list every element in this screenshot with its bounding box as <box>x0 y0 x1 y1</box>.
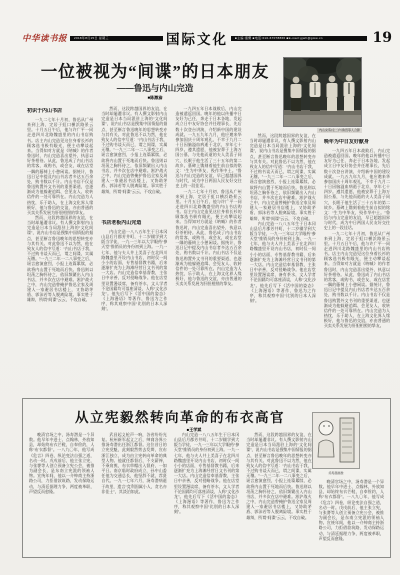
main-article-subtitle: ——鲁迅与内山完造 <box>30 82 280 94</box>
section-title: 国际文化 <box>166 28 228 48</box>
page-number: 19 <box>373 30 392 46</box>
body-text: 然而，这段跨越国界的友谊，在当时却屡遭非议。有人撰文影射内山完造是日本当局派驻上… <box>27 215 93 303</box>
main-subhead-3: 晚年为中日友好献身 <box>324 139 390 146</box>
body-text: 然而，这段跨越国界的友谊，在当时却屡遭非议。有人撰文影射内山完造是日本当局派驻上… <box>246 432 311 520</box>
body-text: 武昌起义枪声一响，各省纷纷光复。杭州新军起义之后，绅商各界公推汤寿潜出任浙江都督… <box>101 432 166 494</box>
masthead-editor-text: ■主编:康慨 ■电话:010-67078866 ■E-mail:gjwh@gmw… <box>231 36 323 40</box>
bottom-article-body: 晚清官场之中，汤寿潜是一个异数。他早年中进士、点翰林，外放知县，却始终布衣芒鞋，… <box>29 432 384 552</box>
body-text: 一九四五年日本战败后，内山完造被遣返回国。晚年的他以传播中日友好为己任，奔走于日… <box>324 148 390 231</box>
body-text: 内山完造一八八五年生于日本冈山县后月郡芳井町，十二岁辍学到大阪当学徒，一九一三年… <box>101 229 167 312</box>
body-text: 一九二七年十月初，鲁迅从广州来到上海，定居于虹口横浜路景云里。十月五日午后，他与… <box>175 189 241 287</box>
paper-name-logo: 中华读书报 <box>22 32 67 44</box>
main-column-2: 然而，这段跨越国界的友谊，在当时却屡遭非议。有人撰文影射内山完造是日本当局派驻上… <box>101 106 167 392</box>
bottom-article-box: 从立宪毅然转向革命的布衣高官 ■王学斌 汤寿潜画像 晚清官场之中，汤寿潜是一 <box>22 398 391 558</box>
main-article-body: 初识于内山书店 一九二七年十月初，鲁迅从广州来到上海，定居于虹口横浜路景云里。十… <box>27 106 390 392</box>
masthead-left-bar: 2018年8月15日 星期三 <box>70 36 163 41</box>
newspaper-page: 中华读书报 2018年8月15日 星期三 国际文化 ■主编:康慨 ■电话:010… <box>0 0 400 575</box>
body-text: 内山完造一八八五年生于日本冈山县后月郡芳井町，十二岁辍学到大阪当学徒，一九一三年… <box>250 221 316 304</box>
body-text: 晚清官场之中，汤寿潜是一个异数。他早年中进士、点翰林，外放知县，却始终布衣芒鞋，… <box>319 479 384 541</box>
main-article-title: 一位被视为“间谍”的日本朋友 <box>30 58 280 82</box>
masthead-right-bar: ■主编:康慨 ■电话:010-67078866 ■E-mail:gjwh@gmw… <box>231 36 367 41</box>
main-column-4: 然而，这段跨越国界的友谊，在当时却屡遭非议。有人撰文影射内山完造是日本当局派驻上… <box>250 106 316 392</box>
masthead-date-text: 2018年8月15日 星期三 <box>70 36 109 40</box>
bottom-column-4: 然而，这段跨越国界的友谊，在当时却屡遭非议。有人撰文影射内山完造是日本当局派驻上… <box>246 432 311 552</box>
body-text: 内山完造一八八五年生于日本冈山县后月郡芳井町，十二岁辍学到大阪当学徒，一九一三年… <box>174 432 239 515</box>
main-column-5: 晚年为中日友好献身 一九四五年日本战败后，内山完造被遣返回国。晚年的他以传播中日… <box>324 106 390 392</box>
main-article-byline: ■陈漱渝 <box>30 95 280 101</box>
bottom-column-2: 武昌起义枪声一响，各省纷纷光复。杭州新军起义之后，绅商各界公推汤寿潜出任浙江都督… <box>101 432 166 552</box>
main-subhead-1: 初识于内山书店 <box>27 108 93 115</box>
main-column-1: 初识于内山书店 一九二七年十月初，鲁迅从广州来到上海，定居于虹口横浜路景云里。十… <box>27 106 93 392</box>
masthead: 中华读书报 2018年8月15日 星期三 国际文化 ■主编:康慨 ■电话:010… <box>22 29 392 47</box>
main-column-3: 一九四五年日本战败后，内山完造被遣返回国。晚年的他以传播中日友好为己任，奔走于日… <box>175 106 241 392</box>
body-text: 一九二七年十月初，鲁迅从广州来到上海，定居于虹口横浜路景云里。十月五日午后，他与… <box>324 231 390 329</box>
body-text: 晚清官场之中，汤寿潜是一个异数。他早年中进士、点翰林，外放知县，却始终布衣芒鞋，… <box>29 432 94 494</box>
main-subhead-2: 书店老板内山完造 <box>101 220 167 227</box>
body-text: 然而，这段跨越国界的友谊，在当时却屡遭非议。有人撰文影射内山完造是日本当局派驻上… <box>250 133 316 221</box>
bottom-column-3: 内山完造一八八五年生于日本冈山县后月郡芳井町，十二岁辍学到大阪当学徒，一九一三年… <box>174 432 239 552</box>
body-text: 然而，这段跨越国界的友谊，在当时却屡遭非议。有人撰文影射内山完造是日本当局派驻上… <box>101 106 167 194</box>
bottom-column-5: 晚清官场之中，汤寿潜是一个异数。他早年中进士、点翰林，外放知县，却始终布衣芒鞋，… <box>319 432 384 552</box>
bottom-column-1: 晚清官场之中，汤寿潜是一个异数。他早年中进士、点翰林，外放知县，却始终布衣芒鞋，… <box>29 432 94 552</box>
body-text: 一九四五年日本战败后，内山完造被遣返回国。晚年的他以传播中日友好为己任，奔走于日… <box>175 106 241 189</box>
body-text: 一九二七年十月初，鲁迅从广州来到上海，定居于虹口横浜路景云里。十月五日午后，他与… <box>27 117 93 215</box>
